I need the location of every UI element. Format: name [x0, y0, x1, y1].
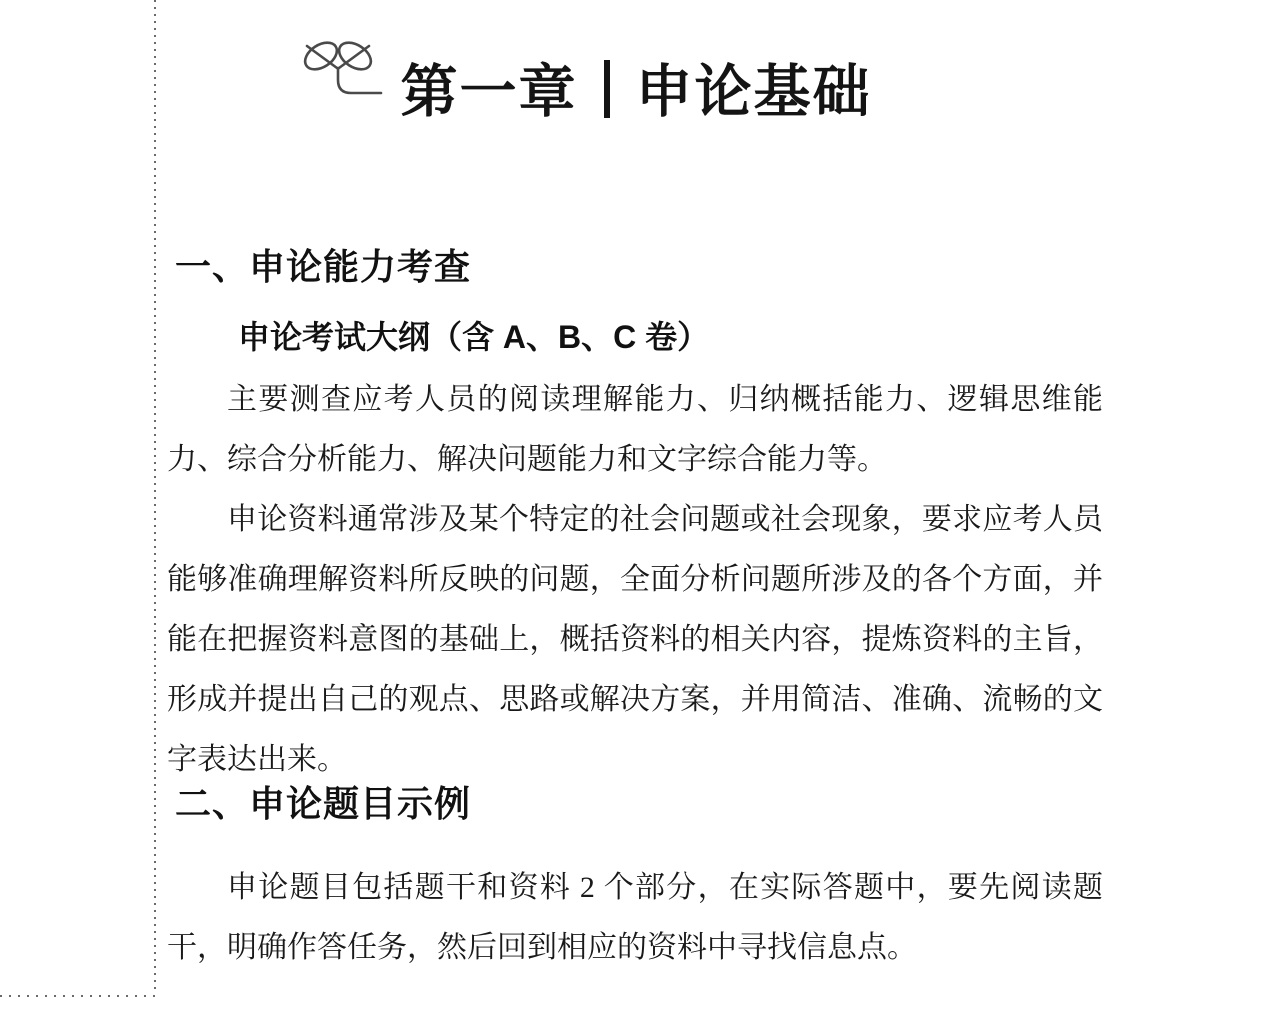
book-page: 第一章申论基础 一、申论能力考查 申论考试大纲（含 A、B、C 卷） 主要测查应… [0, 0, 1288, 1016]
chapter-number: 第一章 [401, 60, 578, 124]
section-1-body: 主要测查应考人员的阅读理解能力、归纳概括能力、逻辑思维能力、综合分析能力、解决问… [167, 370, 1103, 790]
paragraph-1: 主要测查应考人员的阅读理解能力、归纳概括能力、逻辑思维能力、综合分析能力、解决问… [167, 370, 1103, 490]
title-separator-bar [604, 60, 610, 118]
section-heading-2: 二、申论题目示例 [175, 783, 471, 825]
paragraph-3: 申论题目包括题干和资料 2 个部分，在实际答题中，要先阅读题干，明确作答任务，然… [167, 858, 1103, 978]
section-heading-1: 一、申论能力考查 [175, 246, 471, 288]
paragraph-2: 申论资料通常涉及某个特定的社会问题或社会现象，要求应考人员能够准确理解资料所反映… [167, 490, 1103, 790]
chapter-name: 申论基础 [636, 60, 872, 124]
dotted-bottom-border [0, 995, 158, 997]
chapter-title: 第一章申论基础 [167, 56, 1105, 128]
dotted-left-border [154, 0, 156, 993]
page-content: 第一章申论基础 一、申论能力考查 申论考试大纲（含 A、B、C 卷） 主要测查应… [167, 0, 1105, 1016]
section-2-body: 申论题目包括题干和资料 2 个部分，在实际答题中，要先阅读题干，明确作答任务，然… [167, 858, 1103, 978]
subsection-heading: 申论考试大纲（含 A、B、C 卷） [238, 318, 709, 356]
